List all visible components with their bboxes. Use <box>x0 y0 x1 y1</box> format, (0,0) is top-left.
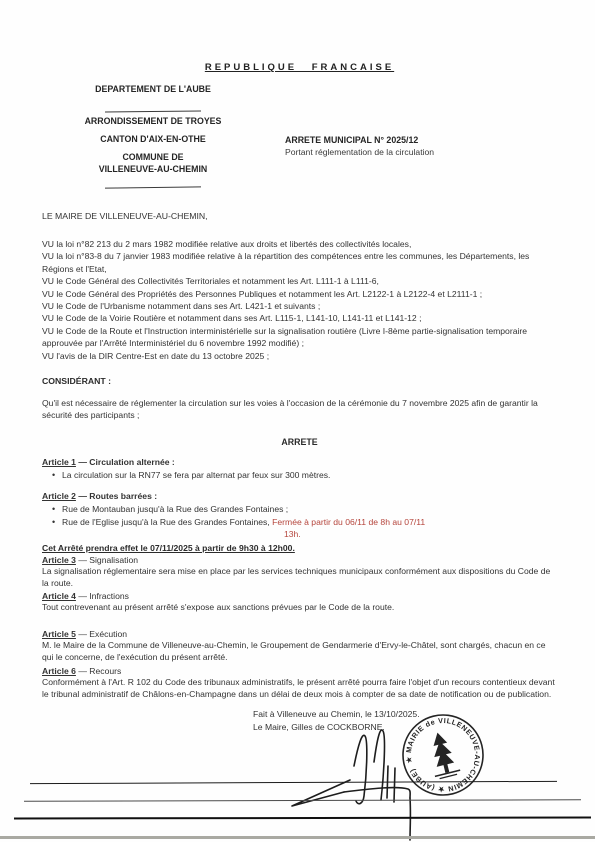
article-2-list: Rue de Montauban jusqu'à la Rue des Gran… <box>42 503 557 540</box>
commune-label-line1: COMMUNE DE <box>42 152 264 162</box>
closure-annotation-line2: 13h. <box>284 528 301 540</box>
vu-item: VU le Code de l'Urbanisme notamment dans… <box>42 300 557 312</box>
vu-item: VU le Code Général des Propriétés des Pe… <box>42 288 557 300</box>
article-1-heading: Article 1 — Circulation alternée : <box>42 457 557 467</box>
article-1-bullet: La circulation sur la RN77 se fera par a… <box>52 469 557 481</box>
article-3-heading: Article 3 — Signalisation <box>42 555 557 565</box>
article-5-label: Article 5 <box>42 629 76 639</box>
canton-label: CANTON D'AIX-EN-OTHE <box>42 134 264 144</box>
republic-header: REPUBLIQUE FRANCAISE <box>42 62 557 73</box>
article-6-heading: Article 6 — Recours <box>42 666 557 676</box>
article-2-bullet: Rue de Montauban jusqu'à la Rue des Gran… <box>52 503 557 515</box>
vu-item: VU le Code de la Route et l'Instruction … <box>42 325 557 350</box>
vu-recitals: VU la loi n°82 213 du 2 mars 1982 modifi… <box>42 238 557 362</box>
article-6-label: Article 6 <box>42 666 76 676</box>
scanned-document-page: REPUBLIQUE FRANCAISE DEPARTEMENT DE L'AU… <box>0 0 595 842</box>
document-header: DEPARTEMENT DE L'AUBE ARRONDISSEMENT DE … <box>42 84 557 196</box>
article-3-text: La signalisation réglementaire sera mise… <box>42 565 557 590</box>
closure-annotation-line1: Fermée à partir du 06/11 de 8h au 07/11 <box>272 517 425 527</box>
article-6-text: Conformément à l'Art. R 102 du Code des … <box>42 676 557 701</box>
vu-item: VU la loi n°83-8 du 7 janvier 1983 modif… <box>42 250 557 275</box>
decree-number-title: ARRETE MUNICIPAL N° 2025/12 <box>285 135 434 145</box>
article-3-title: — Signalisation <box>78 555 138 565</box>
issuer-block: DEPARTEMENT DE L'AUBE ARRONDISSEMENT DE … <box>42 84 264 188</box>
vu-item: VU la loi n°82 213 du 2 mars 1982 modifi… <box>42 238 557 250</box>
commune-label-line2: VILLENEUVE-AU-CHEMIN <box>42 164 264 174</box>
separator-rule <box>105 110 201 112</box>
article-3-label: Article 3 <box>42 555 76 565</box>
article-2-bullet: Rue de l'Eglise jusqu'à la Rue des Grand… <box>52 516 557 541</box>
considerant-label: CONSIDÉRANT : <box>42 376 557 386</box>
decree-subtitle: Portant réglementation de la circulation <box>285 147 434 157</box>
article-1-label: Article 1 <box>42 457 76 467</box>
vu-item: VU le Code de la Voirie Routière et nota… <box>42 312 557 324</box>
scan-edge-band <box>0 836 595 839</box>
article-6-title: — Recours <box>78 666 121 676</box>
separator-rule <box>105 186 201 188</box>
road-closed-text: Rue de l'Eglise jusqu'à la Rue des Grand… <box>62 517 272 527</box>
article-5-title: — Exécution <box>78 629 127 639</box>
article-4-label: Article 4 <box>42 591 76 601</box>
article-1-list: La circulation sur la RN77 se fera par a… <box>42 469 557 481</box>
stamp-emblem <box>425 730 461 781</box>
vu-item: VU le Code Général des Collectivités Ter… <box>42 275 557 287</box>
departement-label: DEPARTEMENT DE L'AUBE <box>42 84 264 94</box>
arrete-heading: ARRETE <box>42 437 557 447</box>
arrondissement-label: ARRONDISSEMENT DE TROYES <box>42 116 264 126</box>
article-1-title: — Circulation alternée : <box>78 457 174 467</box>
article-4-heading: Article 4 — Infractions <box>42 591 557 601</box>
article-4-title: — Infractions <box>78 591 129 601</box>
article-5-text: M. le Maire de la Commune de Villeneuve-… <box>42 639 557 664</box>
article-4-text: Tout contrevenant au présent arrêté s'ex… <box>42 601 557 613</box>
decree-title-block: ARRETE MUNICIPAL N° 2025/12 Portant régl… <box>285 135 434 157</box>
effective-date-line: Cet Arrêté prendra effet le 07/11/2025 à… <box>42 543 557 553</box>
article-5-heading: Article 5 — Exécution <box>42 629 557 639</box>
article-2-heading: Article 2 — Routes barrées : <box>42 491 557 501</box>
article-2-label: Article 2 <box>42 491 76 501</box>
salutation-line: LE MAIRE DE VILLENEUVE-AU-CHEMIN, <box>42 211 557 221</box>
considerant-text: Qu'il est nécessaire de réglementer la c… <box>42 397 557 422</box>
signature-block: Fait à Villeneuve au Chemin, le 13/10/20… <box>42 708 557 828</box>
document-content: REPUBLIQUE FRANCAISE DEPARTEMENT DE L'AU… <box>0 62 595 828</box>
vu-item: VU l'avis de la DIR Centre-Est en date d… <box>42 350 557 362</box>
article-2-title: — Routes barrées : <box>78 491 157 501</box>
